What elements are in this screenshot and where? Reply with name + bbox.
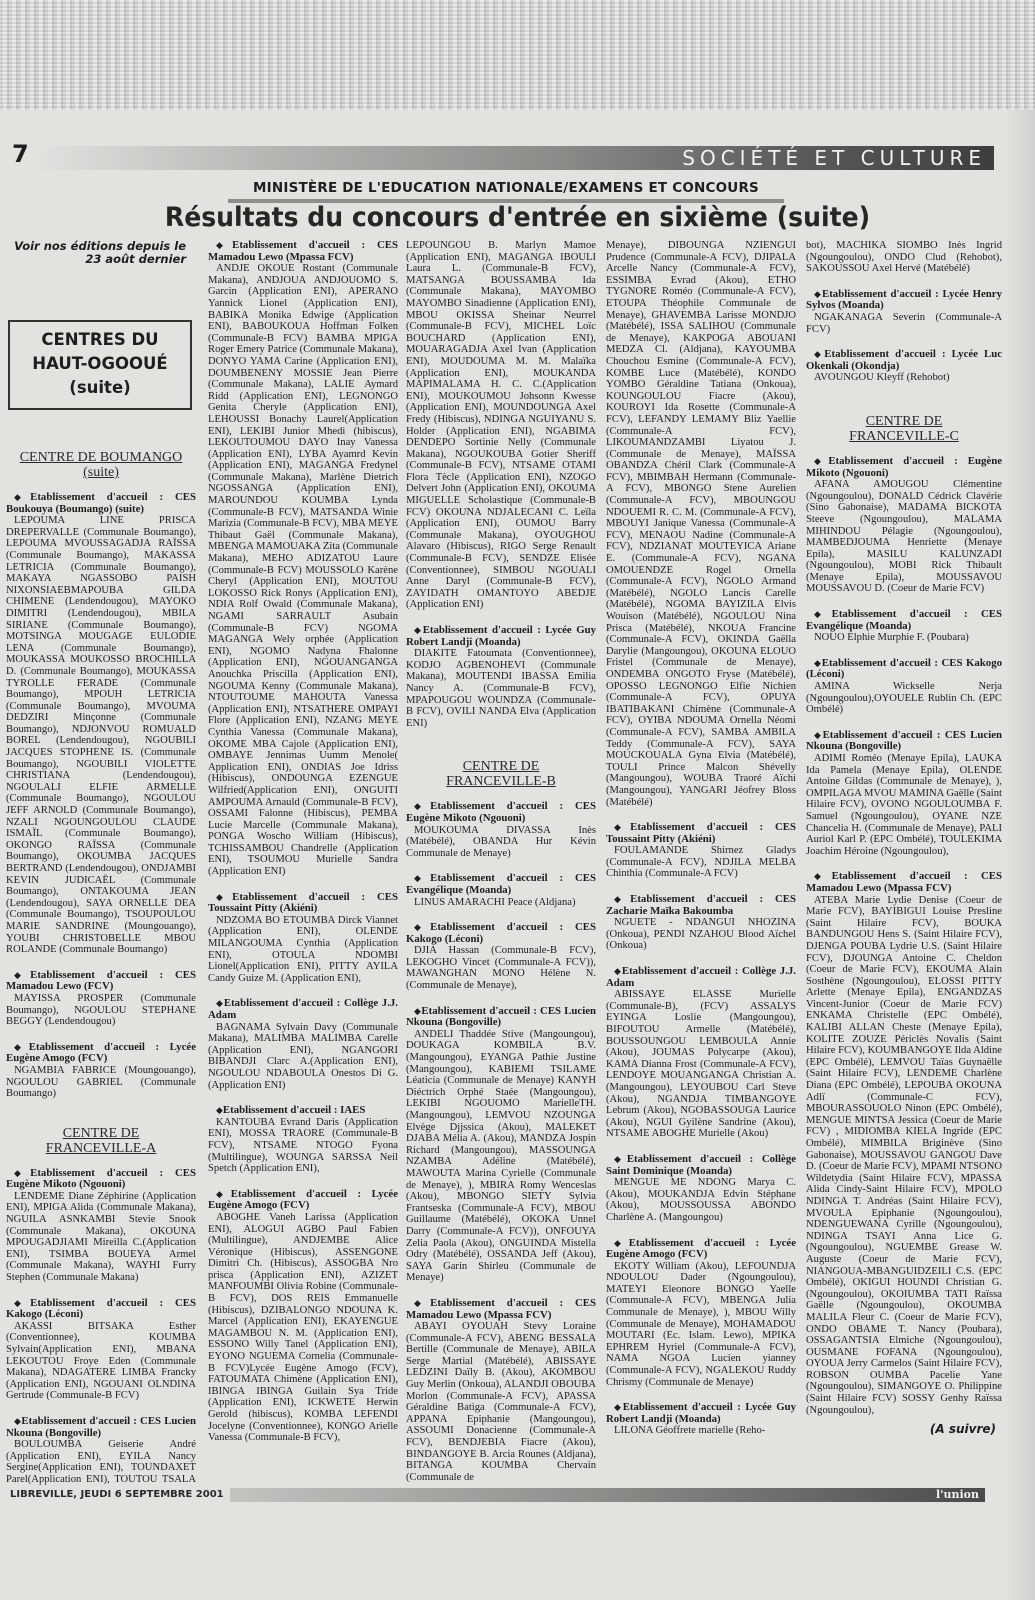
article-kicker: Ministère de l'Education nationale/Exame… xyxy=(228,180,784,203)
candidate-list: NGAKANAGA Severin (Communale-A FCV) xyxy=(806,312,1002,335)
school-heading: Etablissement d'accueil : Lycée Luc Oken… xyxy=(806,349,1002,372)
centre-heading-franceville-b: CENTRE DE FRANCEVILLE-B xyxy=(406,759,596,789)
region-box-line: (suite) xyxy=(10,376,190,400)
article-headline: Résultats du concours d'entrée en sixièm… xyxy=(36,202,999,233)
school-heading: Etablissement d'accueil : CES Zacharie M… xyxy=(606,894,796,917)
school-heading: Etablissement d'accueil : CES Eugène Mik… xyxy=(406,801,596,824)
candidate-list: DIAKITE Fatoumata (Conventionnee), KODJO… xyxy=(406,648,596,729)
school-heading: Etablissement d'accueil : CES Lucien Nko… xyxy=(806,730,1002,753)
column-5: bot), MACHIKA SIOMBO Inès Ingrid (Ngoung… xyxy=(806,240,1002,1485)
intro-note: Voir nos éditions depuis le 23 août dern… xyxy=(6,240,196,266)
column-1: Voir nos éditions depuis le 23 août dern… xyxy=(6,240,196,1485)
school-heading: Etablissement d'accueil : Lycée Eugène A… xyxy=(6,1042,196,1065)
candidate-list: BOULOUMBA Geiserie André (Application EN… xyxy=(6,1439,196,1485)
centre-heading-line: (suite) xyxy=(6,465,196,480)
school-heading: Etablissement d'accueil : Lycée Eugène A… xyxy=(606,1238,796,1261)
school-heading: Etablissement d'accueil : CES Kakogo (Lé… xyxy=(6,1298,196,1321)
candidate-list: LILONA Géoffrete marielle (Reho- xyxy=(606,1425,796,1437)
page-edge-shadow xyxy=(1005,110,1035,1600)
school-heading: Etablissement d'accueil : CES Toussaint … xyxy=(208,892,398,915)
candidate-list: LEPOUNGOU B. Marlyn Mamoe (Application E… xyxy=(406,240,596,611)
school-heading: Etablissement d'accueil : CES Kakogo (Lé… xyxy=(806,658,1002,681)
school-heading: Etablissement d'accueil : CES Mamadou Le… xyxy=(208,240,398,263)
candidate-list: AKASSI BITSAKA Esther (Conventionnee), K… xyxy=(6,1321,196,1402)
newspaper-page: 7 SOCIÉTÉ ET CULTURE Ministère de l'Educ… xyxy=(0,110,1035,1600)
candidate-list: ANDELI Thaddée Stive (Mangoungou), DOUKA… xyxy=(406,1029,596,1284)
school-heading: Etablissement d'accueil : Lycée Henry Sy… xyxy=(806,289,1002,312)
candidate-list: NOUO Elphie Murphie F. (Poubara) xyxy=(806,632,1002,644)
candidate-list: AMINA Wickselle Nerja (Ngoungoulou),OYOU… xyxy=(806,681,1002,716)
school-heading: Etablissement d'accueil : IAES xyxy=(208,1105,398,1117)
column-4: Menaye), DIBOUNGA NZIENGUI Prudence (Com… xyxy=(606,240,796,1485)
centre-heading-line: FRANCEVILLE-B xyxy=(406,774,596,789)
section-title: SOCIÉTÉ ET CULTURE xyxy=(682,146,986,170)
school-heading: Etablissement d'accueil : Lycée Eugène A… xyxy=(208,1189,398,1212)
centre-heading-line: CENTRE DE xyxy=(6,1126,196,1141)
candidate-list: MOUKOUMA DIVASSA Inès (Matébélé), OBANDA… xyxy=(406,825,596,860)
candidate-list: Menaye), DIBOUNGA NZIENGUI Prudence (Com… xyxy=(606,240,796,808)
candidate-list: ABOGHE Vaneh Larissa (Application ENI), … xyxy=(208,1212,398,1444)
candidate-list: DJIA Hassan (Communale-B FCV), LEKOGHO V… xyxy=(406,945,596,991)
centre-heading-line: FRANCEVILLE-C xyxy=(806,429,1002,444)
school-heading: Etablissement d'accueil : CES Evangéliqu… xyxy=(406,873,596,896)
school-heading: Etablissement d'accueil : Collège Saint … xyxy=(606,1154,796,1177)
scan-background-noise xyxy=(0,0,1035,110)
school-heading: Etablissement d'accueil : CES Mamadou Le… xyxy=(6,970,196,993)
centre-heading-franceville-a: CENTRE DE FRANCEVILLE-A xyxy=(6,1126,196,1156)
candidate-list: MAYISSA PROSPER (Communale Boumango), NG… xyxy=(6,993,196,1028)
school-heading: Etablissement d'accueil : CES Mamadou Le… xyxy=(806,871,1002,894)
school-heading: Etablissement d'accueil : CES Mamadou Le… xyxy=(406,1298,596,1321)
candidate-list: bot), MACHIKA SIOMBO Inès Ingrid (Ngoung… xyxy=(806,240,1002,275)
article-body: Voir nos éditions depuis le 23 août dern… xyxy=(6,240,1006,1485)
candidate-list: NGAMBIA FABRICE (Moungouango), NGOULOU G… xyxy=(6,1065,196,1100)
candidate-list: ADIMI Roméo (Menaye Epila), LAUKA Ida Pa… xyxy=(806,753,1002,857)
footer-banner: LIBREVILLE, JEUDI 6 SEPTEMBRE 2001 l'uni… xyxy=(0,1488,985,1502)
footer-dateline: LIBREVILLE, JEUDI 6 SEPTEMBRE 2001 xyxy=(10,1488,230,1502)
school-heading: Etablissement d'accueil : Eugène Mikoto … xyxy=(806,456,1002,479)
candidate-list: LENDEME Diane Zéphirine (Application ENI… xyxy=(6,1191,196,1284)
candidate-list: KANTOUBA Evrand Daris (Application ENI),… xyxy=(208,1117,398,1175)
region-box-line: CENTRES DU xyxy=(10,328,190,352)
school-heading: Etablissement d'accueil : Lycée Guy Robe… xyxy=(606,1402,796,1425)
column-3: LEPOUNGOU B. Marlyn Mamoe (Application E… xyxy=(406,240,596,1485)
school-heading: Etablissement d'accueil : Lycée Guy Robe… xyxy=(406,625,596,648)
candidate-list: MENGUE ME NDONG Marya C. (Akou), MOUKAND… xyxy=(606,1177,796,1223)
school-heading: Etablissement d'accueil : CES Toussaint … xyxy=(606,822,796,845)
school-heading: Etablissement d'accueil : Collège J.J. A… xyxy=(606,966,796,989)
candidate-list: ABAYI OYOUAH Stevy Loraine (Communale-A … xyxy=(406,1321,596,1483)
centre-heading-line: CENTRE DE BOUMANGO xyxy=(6,450,196,465)
region-box: CENTRES DU HAUT-OGOOUÉ (suite) xyxy=(8,320,192,410)
candidate-list: AFANA AMOUGOU Clémentine (Ngoungoulou), … xyxy=(806,479,1002,595)
school-heading: Etablissement d'accueil : CES Boukouya (… xyxy=(6,492,196,515)
candidate-list: FOULAMANDE Shirnez Gladys (Communale-A F… xyxy=(606,845,796,880)
candidate-list: BAGNAMA Sylvain Davy (Communale Makana),… xyxy=(208,1022,398,1092)
candidate-list: EKOTY William (Akou), LEFOUNDJA NDOULOU … xyxy=(606,1261,796,1389)
centre-heading-boumango: CENTRE DE BOUMANGO (suite) xyxy=(6,450,196,480)
school-heading: Etablissement d'accueil : CES Kakogo (Lé… xyxy=(406,922,596,945)
column-2: Etablissement d'accueil : CES Mamadou Le… xyxy=(208,240,398,1485)
newspaper-logo: l'union xyxy=(936,1488,979,1502)
school-heading: Etablissement d'accueil : Collège J.J. A… xyxy=(208,998,398,1021)
page-number: 7 xyxy=(12,140,29,168)
centre-heading-line: CENTRE DE xyxy=(406,759,596,774)
school-heading: Etablissement d'accueil : CES Lucien Nko… xyxy=(6,1416,196,1439)
school-heading: Etablissement d'accueil : CES Eugène Mik… xyxy=(6,1168,196,1191)
centre-heading-franceville-c: CENTRE DE FRANCEVILLE-C xyxy=(806,414,1002,444)
school-heading: Etablissement d'accueil : CES Lucien Nko… xyxy=(406,1006,596,1029)
candidate-list: ANDJE OKOUE Rostant (Communale Makana), … xyxy=(208,263,398,877)
candidate-list: ATEBA Marie Lydie Denise (Coeur de Marie… xyxy=(806,895,1002,1417)
region-box-line: HAUT-OGOOUÉ xyxy=(10,352,190,376)
candidate-list: NGUETE - NDANGUI NHOZINA (Onkoua), PENDI… xyxy=(606,917,796,952)
candidate-list: NDZOMA BO ETOUMBA Dirck Viannet (Applica… xyxy=(208,915,398,985)
centre-heading-line: CENTRE DE xyxy=(806,414,1002,429)
section-banner: SOCIÉTÉ ET CULTURE xyxy=(34,146,994,170)
school-heading: Etablissement d'accueil : CES Evangéliqu… xyxy=(806,609,1002,632)
candidate-list: LEPOUMA LINE PRISCA DREPERVALLE (Communa… xyxy=(6,515,196,956)
candidate-list: LINUS AMARACHI Peace (Aldjana) xyxy=(406,897,596,909)
centre-heading-line: FRANCEVILLE-A xyxy=(6,1141,196,1156)
to-be-continued: (A suivre) xyxy=(806,1424,1002,1436)
candidate-list: ABISSAYE ELASSE Murielle (Communale-B), … xyxy=(606,989,796,1140)
candidate-list: AVOUNGOU Kleyff (Rehobot) xyxy=(806,372,1002,384)
